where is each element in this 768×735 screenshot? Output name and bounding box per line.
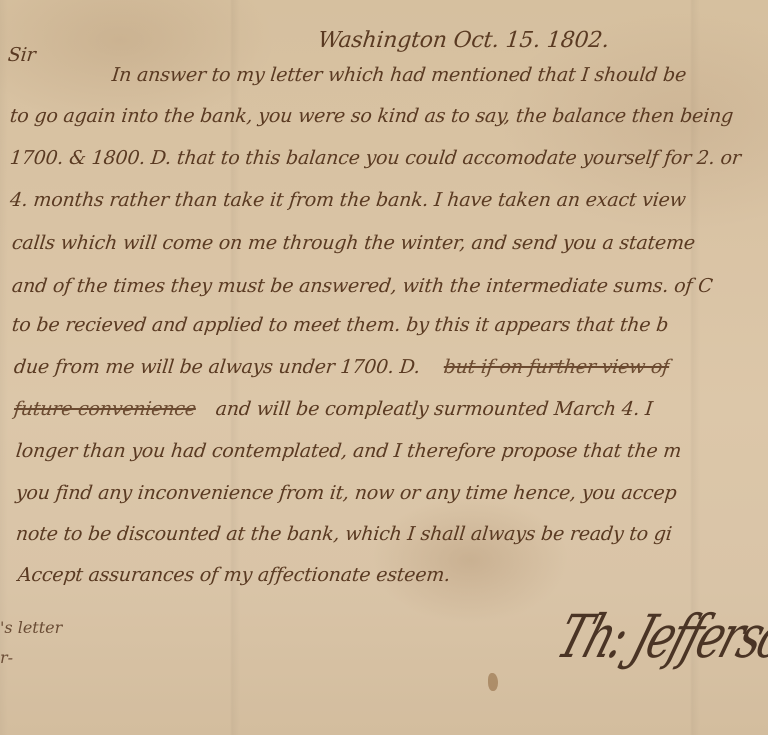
struck-text: but if on further view of <box>443 356 671 378</box>
body-line-10: longer than you had contemplated, and I … <box>15 440 683 462</box>
body-line-12: note to be discounted at the bank, which… <box>15 523 673 545</box>
body-line-2: to go again into the bank, you were so k… <box>9 105 734 127</box>
dateline: Washington Oct. 15. 1802. <box>317 28 611 53</box>
body-line-9-text: and will be compleatly surmounted March … <box>215 398 654 420</box>
ink-stain <box>488 673 498 691</box>
body-line-9: future convenience and will be compleatl… <box>13 398 654 420</box>
body-line-3: 1700. & 1800. D. that to this balance yo… <box>9 147 742 169</box>
body-line-8: due from me will be always under 1700. D… <box>13 356 670 378</box>
signature: Th: Jefferson <box>549 603 768 672</box>
salutation: Sir <box>7 44 37 66</box>
letter-page: Washington Oct. 15. 1802. Sir In answer … <box>0 0 768 735</box>
body-line-5: calls which will come on me through the … <box>11 232 696 254</box>
body-line-11: you find any inconvenience from it, now … <box>15 482 678 504</box>
body-line-4: 4. months rather than take it from the b… <box>9 189 687 211</box>
closing-line: Accept assurances of my affectionate est… <box>17 564 451 586</box>
margin-note-2: r- <box>0 648 13 667</box>
body-line-1: In answer to my letter which had mention… <box>111 64 687 86</box>
body-line-8-text: due from me will be always under 1700. D… <box>13 356 421 378</box>
body-line-6: and of the times they must be answered, … <box>11 275 714 297</box>
body-line-7: to be recieved and applied to meet them.… <box>11 314 670 336</box>
margin-note-1: 's letter <box>0 618 62 637</box>
struck-text: future convenience <box>13 398 197 420</box>
